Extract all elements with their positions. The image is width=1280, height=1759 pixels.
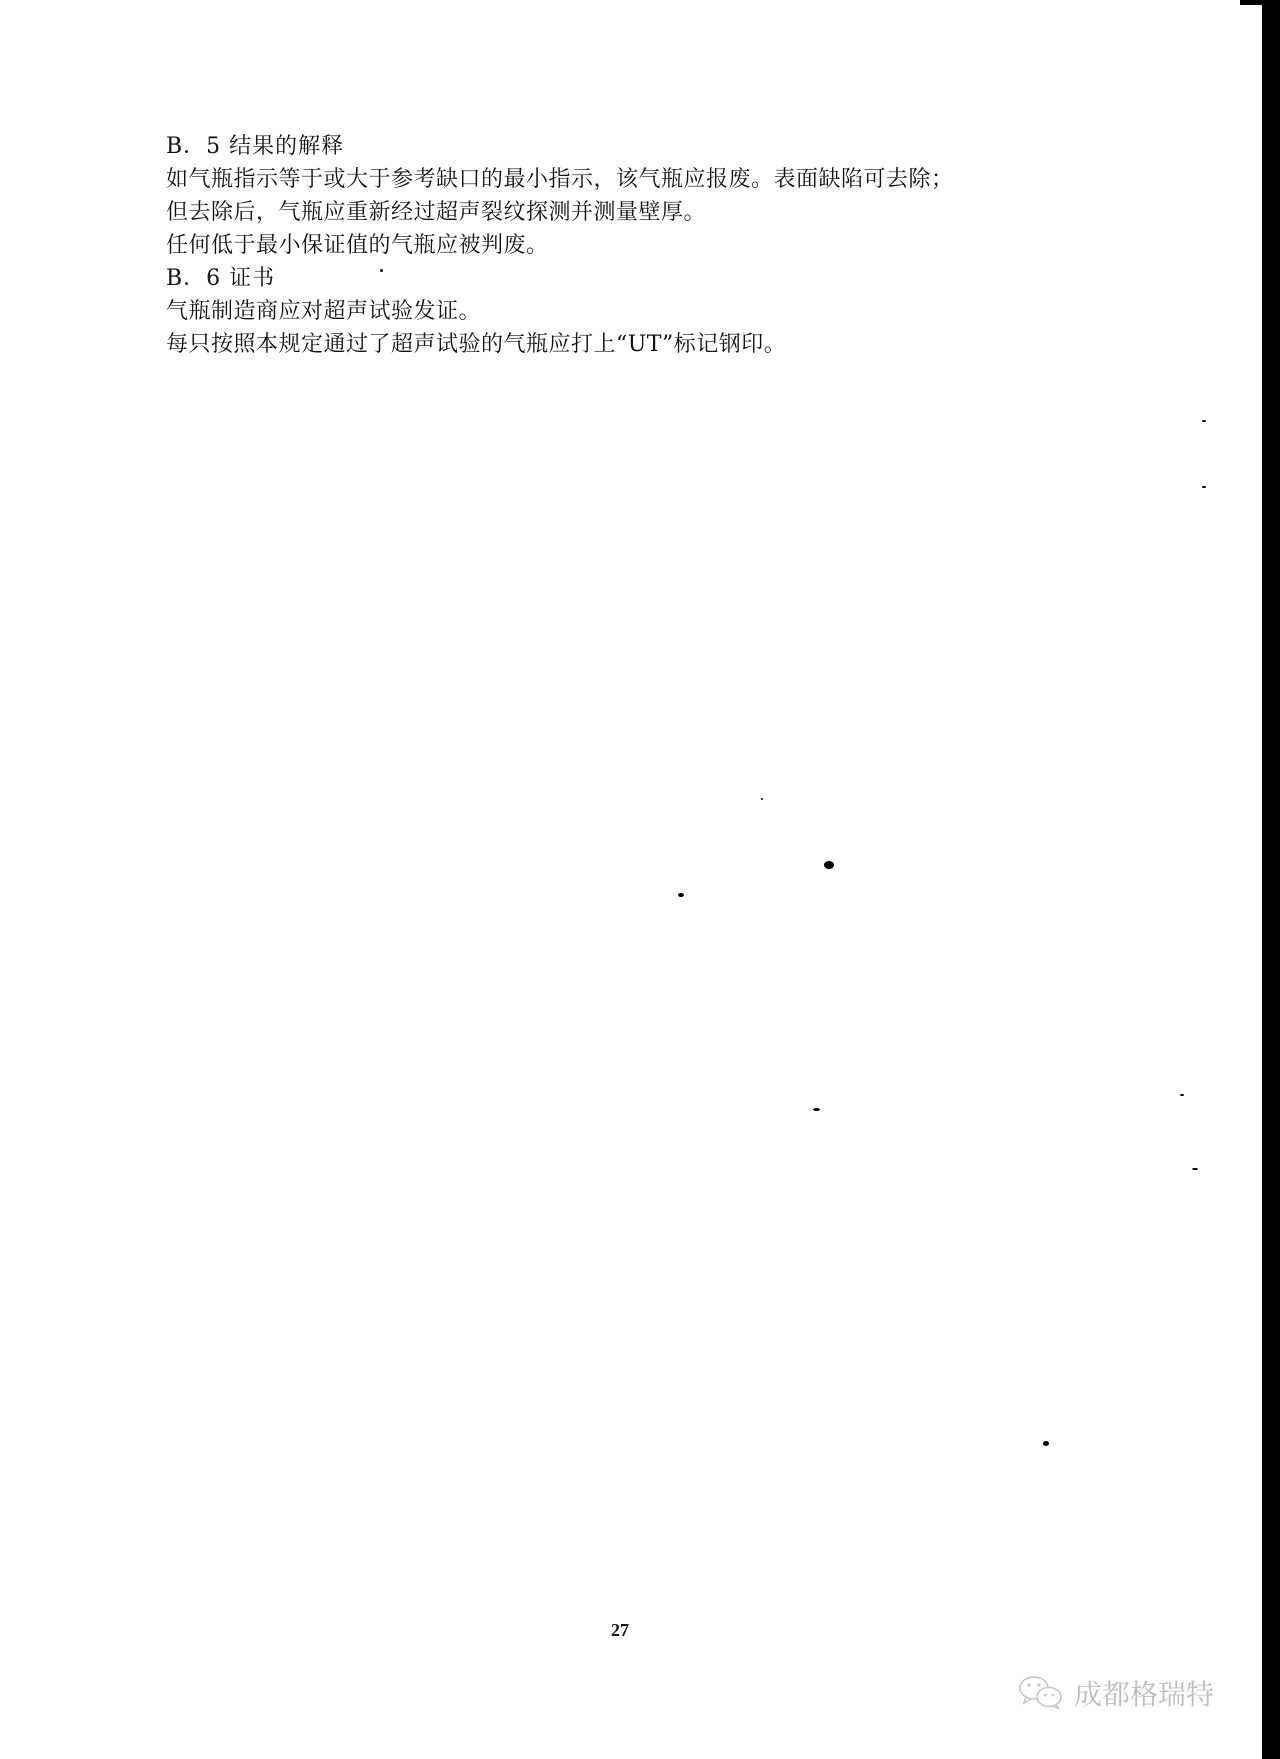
paragraph-line: 任何低于最小保证值的气瓶应被判废。 <box>166 229 1086 262</box>
section-heading-b6: B．6 证书 <box>166 262 1086 295</box>
wechat-icon <box>1018 1675 1064 1711</box>
scanned-page: B．5 结果的解释 如气瓶指示等于或大于参考缺口的最小指示，该气瓶应报废。表面缺… <box>0 0 1262 1759</box>
paragraph-line: 如气瓶指示等于或大于参考缺口的最小指示，该气瓶应报废。表面缺陷可去除； <box>166 163 1086 196</box>
paragraph-line: 但去除后，气瓶应重新经过超声裂纹探测并测量壁厚。 <box>166 196 1086 229</box>
scan-speck <box>824 861 834 869</box>
scan-speck <box>1202 420 1206 422</box>
scan-speck <box>1043 1441 1049 1446</box>
scan-border <box>1262 0 1280 1759</box>
watermark-text: 成都格瑞特 <box>1074 1673 1214 1713</box>
scan-speck <box>813 1108 820 1111</box>
scan-speck <box>1202 486 1206 488</box>
scan-speck <box>380 269 383 272</box>
document-body: B．5 结果的解释 如气瓶指示等于或大于参考缺口的最小指示，该气瓶应报废。表面缺… <box>166 130 1086 361</box>
scan-border-top <box>1240 0 1280 5</box>
scan-speck <box>761 798 763 800</box>
page-number: 27 <box>600 1620 640 1641</box>
paragraph-line: 气瓶制造商应对超声试验发证。 <box>166 295 1086 328</box>
paragraph-line: 每只按照本规定通过了超声试验的气瓶应打上“UT”标记钢印。 <box>166 328 1086 361</box>
scan-speck <box>1192 1168 1198 1170</box>
scan-speck <box>678 893 684 897</box>
scan-speck <box>1180 1094 1184 1096</box>
watermark: 成都格瑞特 <box>1018 1668 1214 1718</box>
section-heading-b5: B．5 结果的解释 <box>166 130 1086 163</box>
